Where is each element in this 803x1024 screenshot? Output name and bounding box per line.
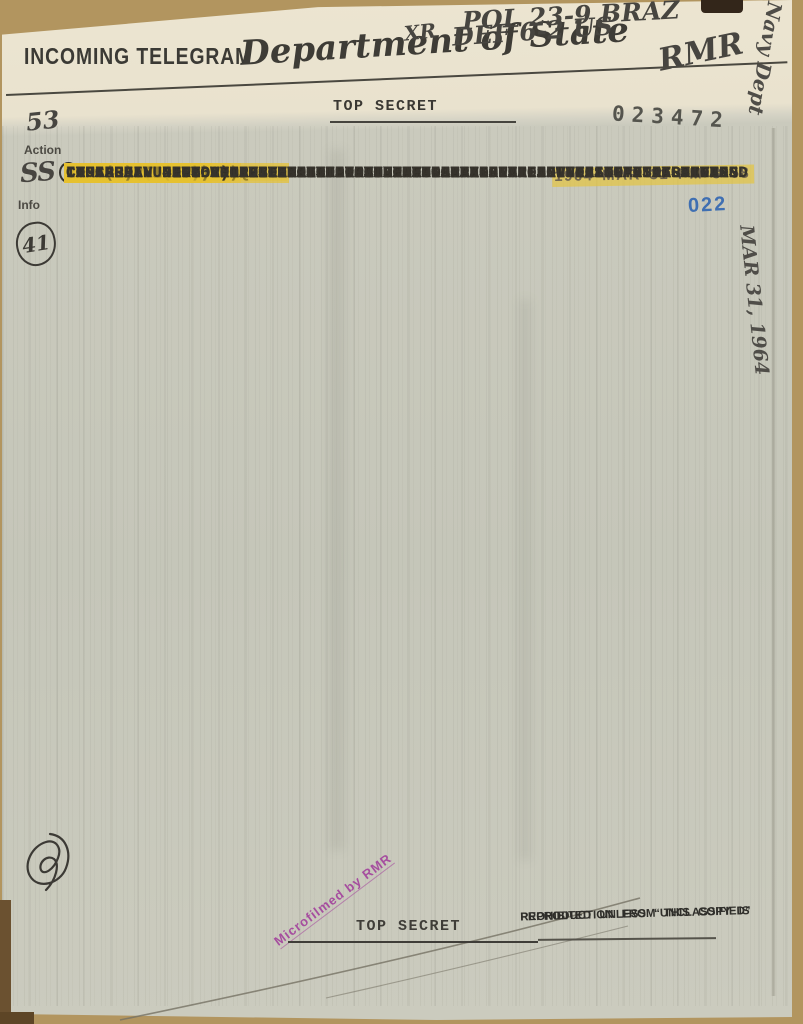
handwritten-action-code: 53	[25, 104, 61, 136]
handwritten-info-code: SS	[19, 157, 56, 189]
blue-control-stamp: 022	[687, 193, 728, 218]
scan-smudge	[520, 300, 530, 860]
classification-top-rule	[330, 121, 516, 123]
circled-number-text: 41	[20, 230, 51, 258]
page-stack-edge-bottom	[0, 1012, 34, 1024]
scan-smudge	[330, 150, 344, 850]
classification-bottom-rule	[288, 941, 538, 943]
form-title: INCOMING TELEGRAM	[24, 44, 252, 71]
classification-top: TOP SECRET	[333, 98, 438, 115]
paper-crease	[771, 128, 776, 996]
page-stack-edge	[0, 900, 11, 1024]
typed-text: CARIBBEAN DEPLOYED OILER TO PROVIDE FOR …	[66, 165, 729, 181]
handwritten-scribble	[20, 828, 76, 898]
handwritten-xr: XR	[403, 18, 437, 45]
typed-text: IN AREA.	[66, 165, 143, 181]
scanned-telegram-page: INCOMING TELEGRAM Department of State PO…	[0, 0, 803, 1024]
page-top-tab	[701, 0, 743, 13]
action-label: Action	[24, 143, 61, 157]
info-label: Info	[18, 198, 40, 212]
classification-bottom: TOP SECRET	[356, 918, 461, 935]
